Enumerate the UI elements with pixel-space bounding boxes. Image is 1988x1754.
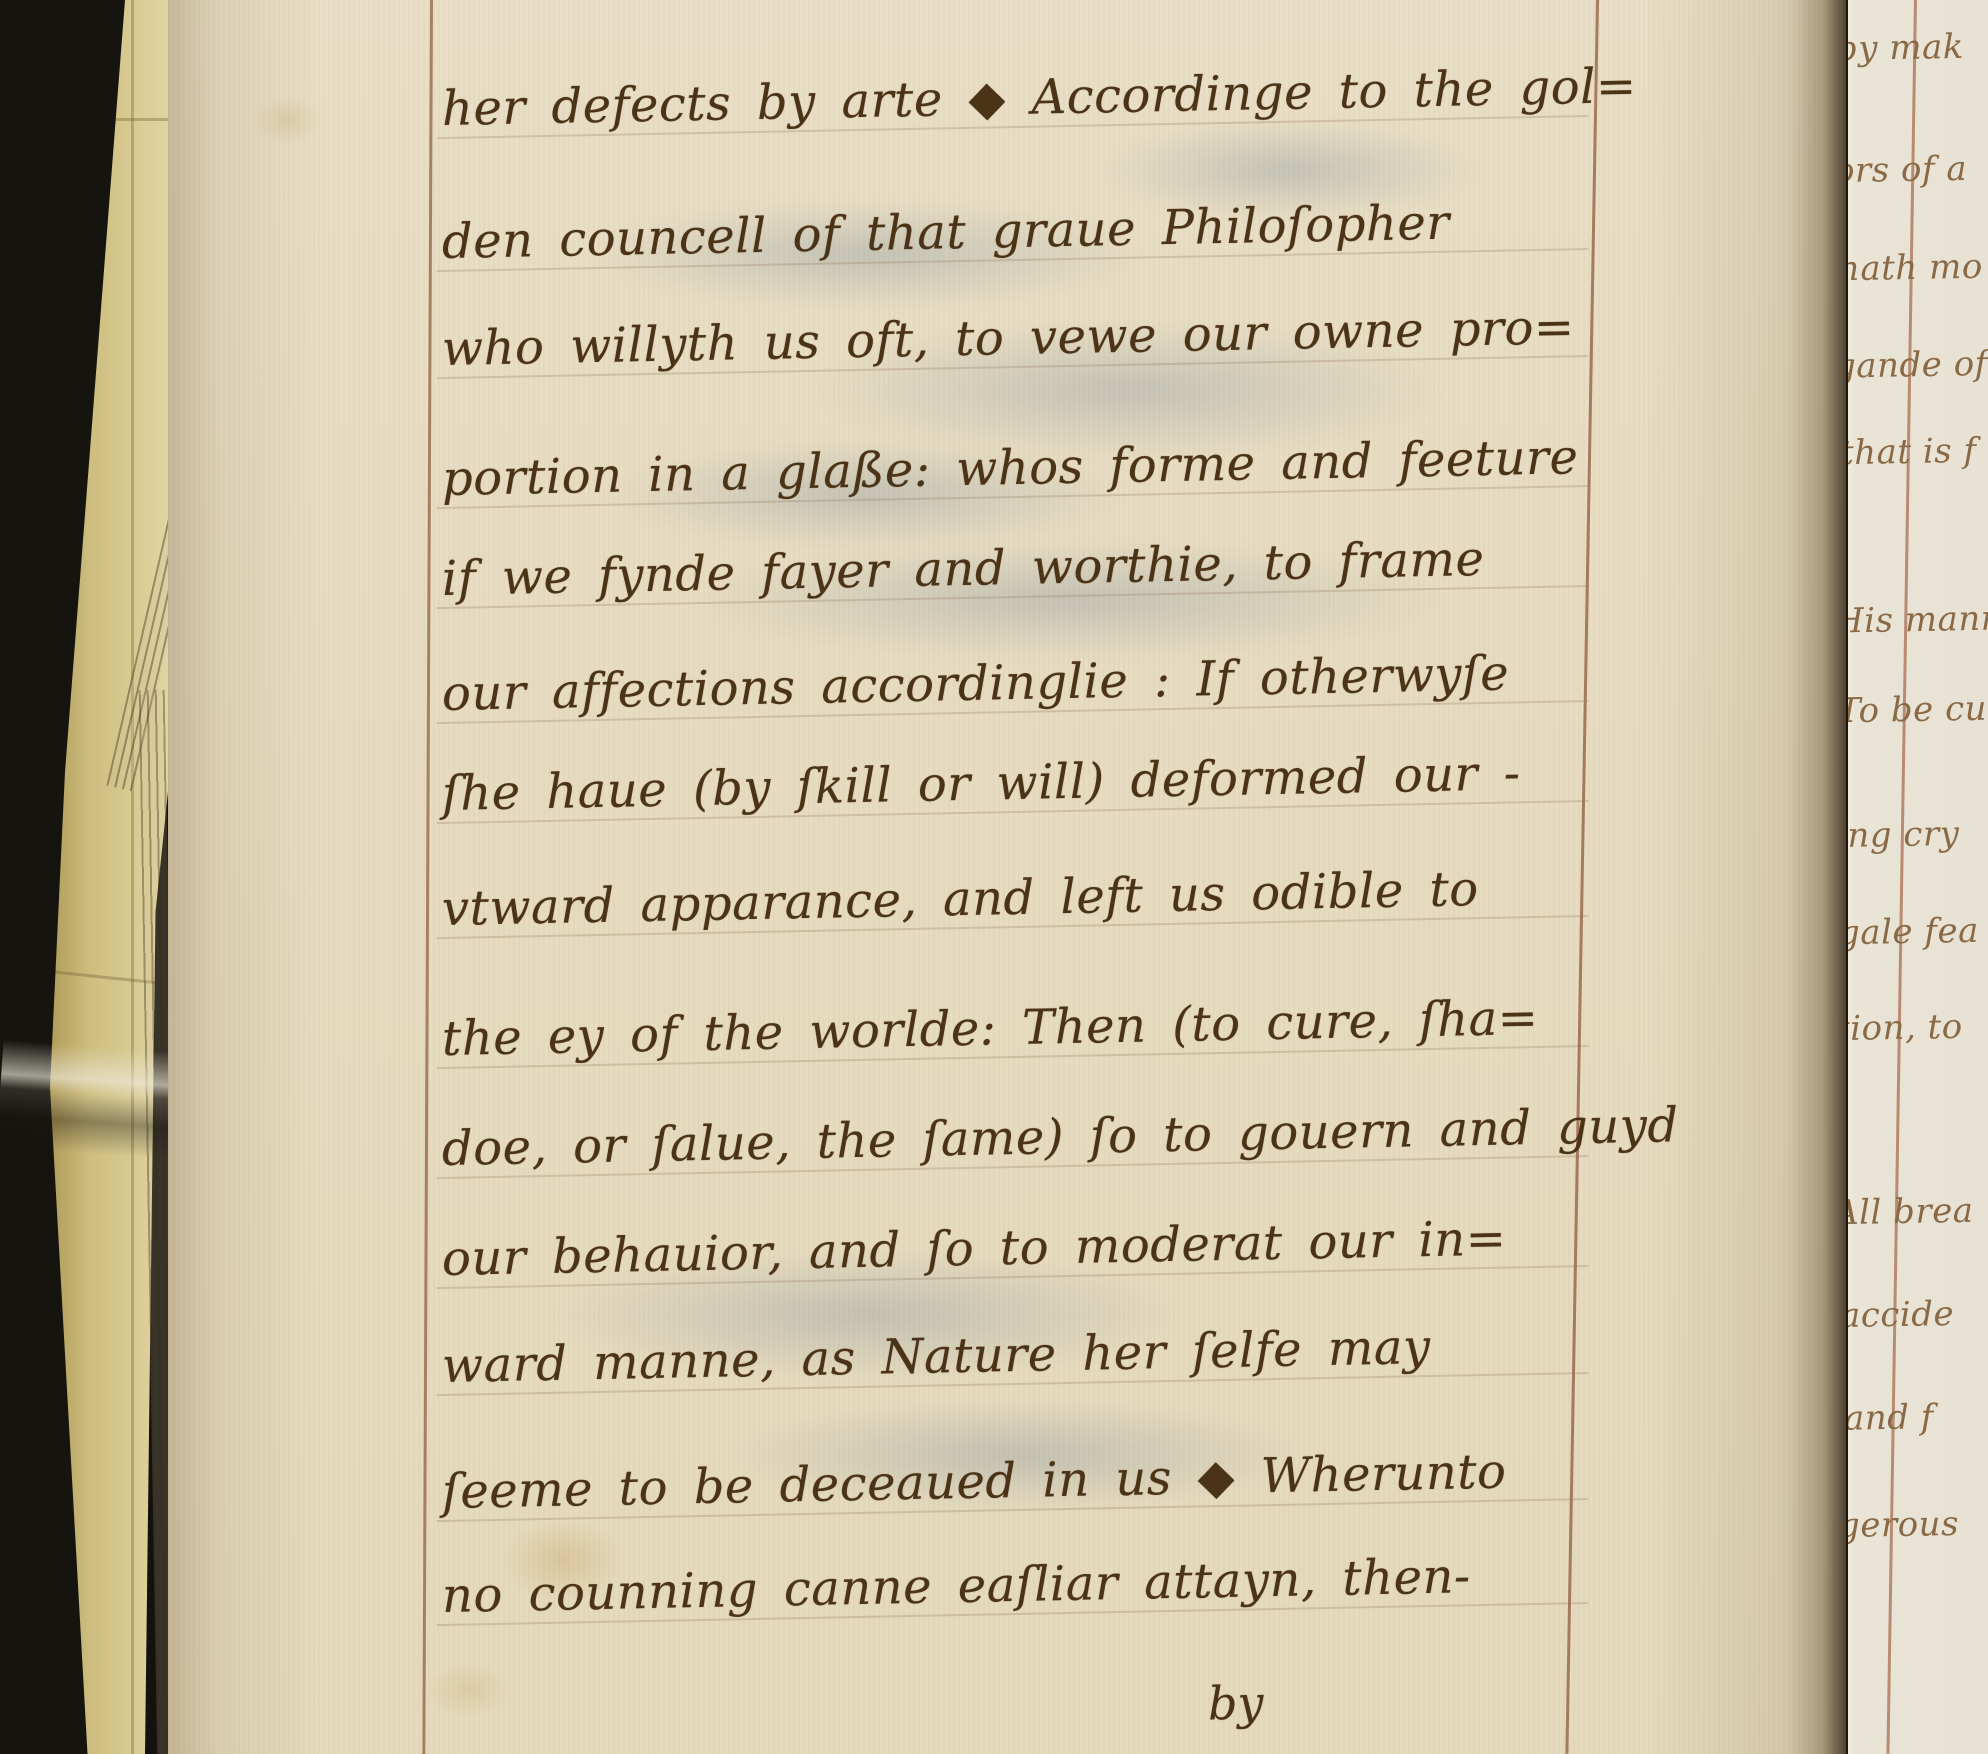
text-line: vtward apparance, and left us odible to (442, 863, 1603, 933)
text-line: the ey of the worlde: Then (to cure, ſha… (442, 993, 1603, 1063)
text-line: ward manne, as Nature her ſelfe may (442, 1320, 1603, 1390)
adjacent-text-fragment: hath mo (1848, 247, 1983, 290)
catchword: by (1208, 1676, 1264, 1731)
text-line: portion in a glaße: whos forme and feetu… (442, 433, 1603, 503)
adjacent-page-sliver: by mak ors of a hath mo gande of a that … (1848, 0, 1988, 1754)
adjacent-text-fragment: ors of a (1848, 149, 1967, 191)
adjacent-text-fragment: All brea (1848, 1191, 1974, 1233)
adjacent-text-fragment: To be cu (1848, 689, 1987, 732)
text-line: den councell of that graue Philoſopher (442, 196, 1603, 266)
text-line: if we fynde fayer and worthie, to frame (442, 533, 1603, 603)
adjacent-text-fragment: gande of a (1848, 343, 1988, 386)
adjacent-text-fragment: gale fea (1848, 911, 1979, 953)
text-line: her defects by arte ◆ Accordinge to the … (442, 63, 1603, 133)
text-line: no counning canne eaſliar attayn, then- (442, 1550, 1603, 1620)
adjacent-text-fragment: tion, to (1848, 1007, 1963, 1049)
text-line: who willyth us oft, to vewe our owne pro… (442, 303, 1603, 373)
manuscript-scan: her defects by arte ◆ Accordinge to the … (0, 0, 1988, 1754)
adjacent-text-fragment: His mann (1848, 599, 1988, 642)
manuscript-page: her defects by arte ◆ Accordinge to the … (168, 0, 1846, 1754)
text-line: ſeeme to be deceaued in us ◆ Wherunto (442, 1446, 1603, 1516)
text-line: our behauior, and ſo to moderat our in= (442, 1213, 1603, 1283)
adjacent-text-fragment: ing cry (1848, 814, 1960, 856)
text-line: our affections accordinglie : If otherwy… (442, 648, 1603, 718)
adjacent-text-fragment: accide (1848, 1294, 1954, 1336)
text-line: ſhe haue (by ſkill or will) deformed our… (442, 748, 1603, 818)
adjacent-text-fragment: gerous (1848, 1504, 1959, 1546)
text-line: doe, or ſalue, the ſame) ſo to gouern an… (442, 1103, 1603, 1173)
vellum-crease (131, 0, 134, 1754)
adjacent-text-fragment: by mak (1848, 27, 1964, 69)
margin-rule-left (422, 0, 433, 1754)
page-edge-shadow (1790, 0, 1850, 1754)
adjacent-text-fragment: that is f (1848, 431, 1977, 473)
adjacent-text-fragment: and f (1848, 1397, 1934, 1439)
